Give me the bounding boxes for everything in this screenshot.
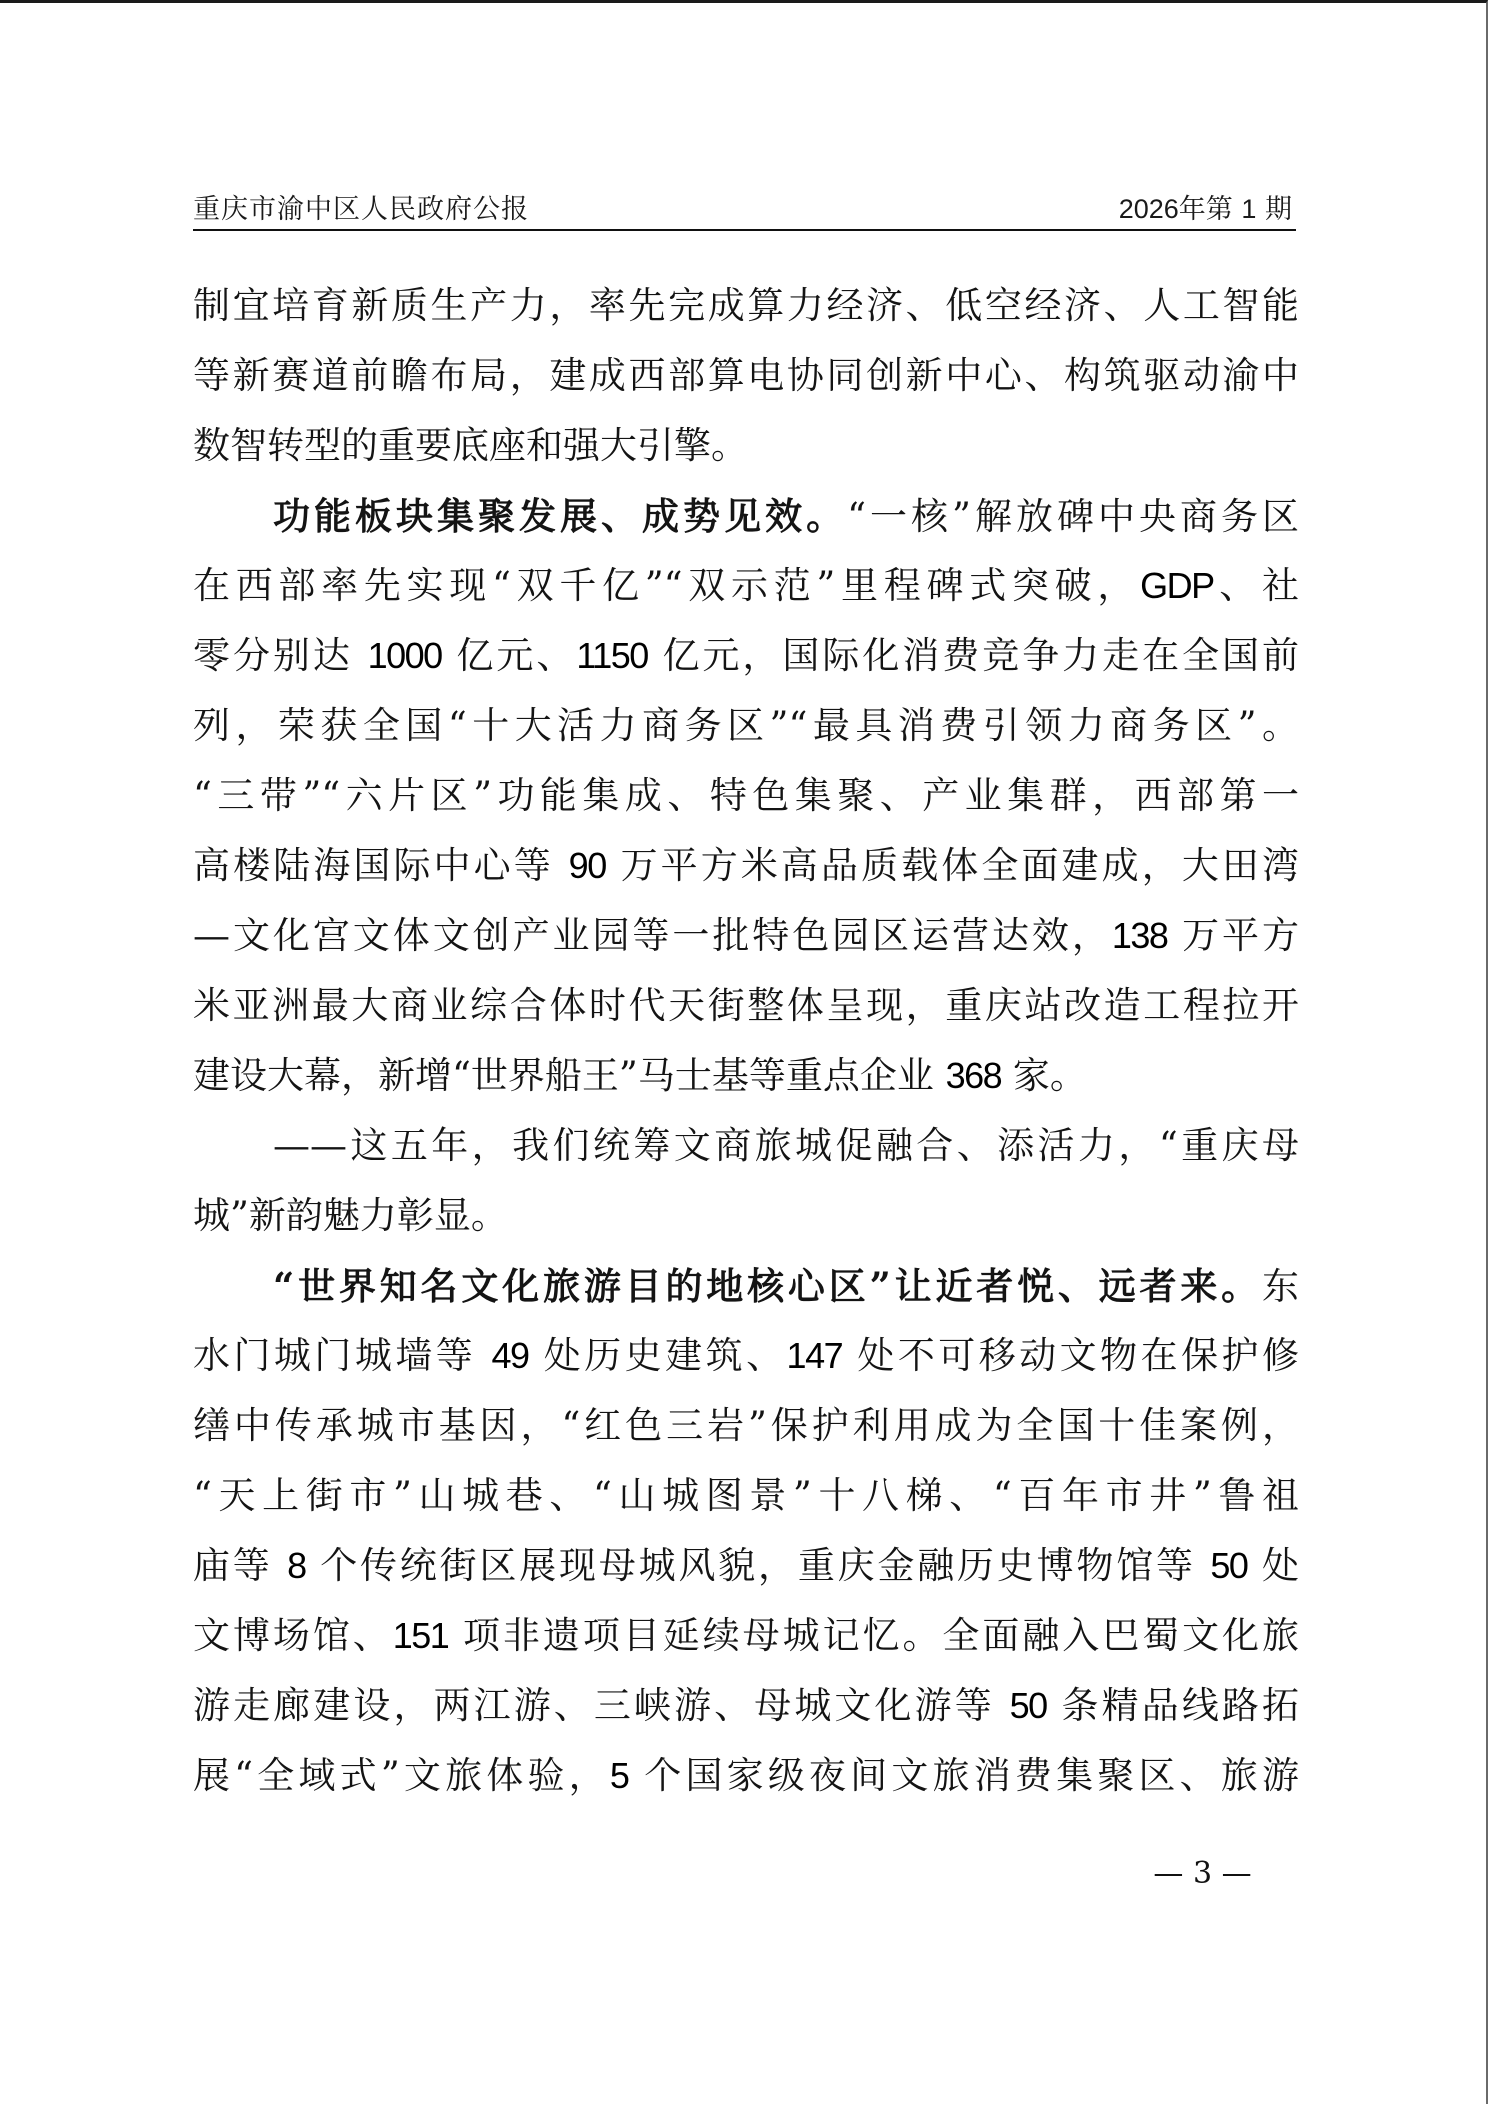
text-run: 游走廊建设，两江游、三峡游、母城文化游等 <box>193 1684 1010 1727</box>
numeric-value: 8 <box>287 1545 306 1586</box>
issue-suffix: 期 <box>1265 194 1292 225</box>
text-run: “一核”解放碑中央商务区 <box>847 495 1299 538</box>
text-line: 庙等 8 个传统街区展现母城风貌，重庆金融历史博物馆等 50 处 <box>193 1539 1299 1609</box>
text-run: 家。 <box>1001 1054 1087 1097</box>
text-line: 文博场馆、151 项非遗项目延续母城记忆。全面融入巴蜀文化旅 <box>193 1609 1299 1679</box>
text-line: 在西部率先实现“双千亿”“双示范”里程碑式突破，GDP、社 <box>193 559 1299 629</box>
text-run: 处历史建筑、 <box>529 1334 787 1377</box>
text-line: “三带”“六片区”功能集成、特色集聚、产业集群，西部第一 <box>193 769 1299 839</box>
text-run: 个传统街区展现母城风貌，重庆金融历史博物馆等 <box>306 1544 1211 1587</box>
text-run: 庙等 <box>193 1544 287 1587</box>
text-run: 东 <box>1262 1265 1299 1308</box>
numeric-value: 50 <box>1210 1545 1247 1586</box>
numeric-value: GDP <box>1140 565 1214 606</box>
text-run: “三带”“六片区”功能集成、特色集聚、产业集群，西部第一 <box>193 774 1299 817</box>
issue-label: 2026年第 1 期 <box>1119 187 1292 226</box>
numeric-value: 1000 <box>368 635 442 676</box>
text-run: 零分别达 <box>193 634 368 677</box>
text-line: 制宜培育新质生产力，率先完成算力经济、低空经济、人工智能 <box>193 279 1299 349</box>
publication-title: 重庆市渝中区人民政府公报 <box>193 187 529 226</box>
page-header: 重庆市渝中区人民政府公报 2026年第 1 期 <box>193 183 1296 231</box>
text-line: 米亚洲最大商业综合体时代天街整体呈现，重庆站改造工程拉开 <box>193 979 1299 1049</box>
text-run: 米亚洲最大商业综合体时代天街整体呈现，重庆站改造工程拉开 <box>193 984 1299 1027</box>
text-run: 万平方 <box>1167 914 1299 957</box>
text-run: 处 <box>1247 1544 1299 1587</box>
text-line: 游走廊建设，两江游、三峡游、母城文化游等 50 条精品线路拓 <box>193 1679 1299 1749</box>
text-run: 条精品线路拓 <box>1047 1684 1299 1727</box>
numeric-value: 368 <box>946 1055 1002 1096</box>
text-line: “世界知名文化旅游目的地核心区”让近者悦、远者来。东 <box>193 1259 1299 1329</box>
text-line: 水门城门城墙等 49 处历史建筑、147 处不可移动文物在保护修 <box>193 1329 1299 1399</box>
numeric-value: 49 <box>491 1335 528 1376</box>
text-line: 城”新韵魅力彰显。 <box>193 1189 1299 1259</box>
text-line: 等新赛道前瞻布局，建成西部算电协同创新中心、构筑驱动渝中 <box>193 349 1299 419</box>
bold-lead-text: 功能板块集聚发展、成势见效。 <box>273 494 847 538</box>
bold-lead-text: “世界知名文化旅游目的地核心区”让近者悦、远者来。 <box>273 1264 1262 1308</box>
text-line: 零分别达 1000 亿元、1150 亿元，国际化消费竞争力走在全国前 <box>193 629 1299 699</box>
numeric-value: 5 <box>610 1755 629 1796</box>
numeric-value: 50 <box>1010 1685 1047 1726</box>
issue-year-suffix: 年第 <box>1179 194 1233 225</box>
text-run: —文化宫文体文创产业园等一批特色园区运营达效， <box>193 914 1112 957</box>
text-run: 制宜培育新质生产力，率先完成算力经济、低空经济、人工智能 <box>193 284 1299 327</box>
page-number: — 3 — <box>1140 1856 1265 1891</box>
text-run: 、社 <box>1214 564 1299 607</box>
text-run: 水门城门城墙等 <box>193 1334 491 1377</box>
text-line: 功能板块集聚发展、成势见效。“一核”解放碑中央商务区 <box>193 489 1299 559</box>
text-line: 数智转型的重要底座和强大引擎。 <box>193 419 1299 489</box>
text-run: 个国家级夜间文旅消费集聚区、旅游 <box>628 1754 1299 1797</box>
text-line: “天上街市”山城巷、“山城图景”十八梯、“百年市井”鲁祖 <box>193 1469 1299 1539</box>
text-run: 建设大幕，新增“世界船王”马士基等重点企业 <box>193 1054 946 1097</box>
text-line: ——这五年，我们统筹文商旅城促融合、添活力，“重庆母 <box>193 1119 1299 1189</box>
issue-year: 2026 <box>1119 194 1179 224</box>
issue-number: 1 <box>1241 194 1256 224</box>
text-run: “天上街市”山城巷、“山城图景”十八梯、“百年市井”鲁祖 <box>193 1474 1299 1517</box>
numeric-value: 138 <box>1112 915 1168 956</box>
text-run: 亿元、 <box>442 634 577 677</box>
text-run: 高楼陆海国际中心等 <box>193 844 569 887</box>
text-run: 等新赛道前瞻布局，建成西部算电协同创新中心、构筑驱动渝中 <box>193 354 1299 397</box>
numeric-value: 151 <box>393 1615 449 1656</box>
text-line: 缮中传承城市基因，“红色三岩”保护利用成为全国十佳案例， <box>193 1399 1299 1469</box>
text-line: 列，荣获全国“十大活力商务区”“最具消费引领力商务区”。 <box>193 699 1299 769</box>
numeric-value: 90 <box>569 845 606 886</box>
text-line: 建设大幕，新增“世界船王”马士基等重点企业 368 家。 <box>193 1049 1299 1119</box>
text-run: 万平方米高品质载体全面建成，大田湾 <box>606 844 1299 887</box>
text-run: 缮中传承城市基因，“红色三岩”保护利用成为全国十佳案例， <box>193 1404 1299 1447</box>
text-run: 项非遗项目延续母城记忆。全面融入巴蜀文化旅 <box>448 1614 1299 1657</box>
text-run: 数智转型的重要底座和强大引擎。 <box>193 424 748 467</box>
text-line: —文化宫文体文创产业园等一批特色园区运营达效，138 万平方 <box>193 909 1299 979</box>
numeric-value: 1150 <box>576 635 647 676</box>
text-line: 展“全域式”文旅体验，5 个国家级夜间文旅消费集聚区、旅游 <box>193 1749 1299 1819</box>
text-run: 展“全域式”文旅体验， <box>193 1754 610 1797</box>
text-run: 在西部率先实现“双千亿”“双示范”里程碑式突破， <box>193 564 1140 607</box>
numeric-value: 147 <box>787 1335 843 1376</box>
text-run: 列，荣获全国“十大活力商务区”“最具消费引领力商务区”。 <box>193 704 1299 747</box>
text-run: 文博场馆、 <box>193 1614 393 1657</box>
text-run: 城”新韵魅力彰显。 <box>193 1194 508 1237</box>
text-run: 亿元，国际化消费竞争力走在全国前 <box>648 634 1299 677</box>
text-line: 高楼陆海国际中心等 90 万平方米高品质载体全面建成，大田湾 <box>193 839 1299 909</box>
text-run: 处不可移动文物在保护修 <box>842 1334 1299 1377</box>
document-page: 重庆市渝中区人民政府公报 2026年第 1 期 制宜培育新质生产力，率先完成算力… <box>0 0 1488 2104</box>
text-run: ——这五年，我们统筹文商旅城促融合、添活力，“重庆母 <box>273 1124 1299 1167</box>
